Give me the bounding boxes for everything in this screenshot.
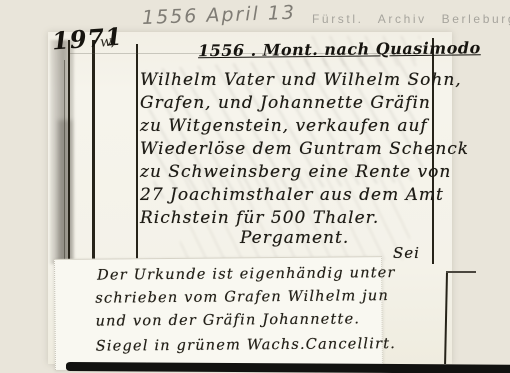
entry-heading: 1556 . Mont. nach Quasimodo <box>198 39 438 61</box>
entry-line: Wilhelm Vater und Wilhelm Sohn, <box>140 70 462 90</box>
archive-stamp: Fürstl. Archiv Berleburg <box>312 12 510 26</box>
entry-line: Richstein für 500 Thaler. <box>140 208 379 228</box>
entry-line: Wiederlöse dem Guntram Schenck <box>140 139 469 159</box>
entry-line: zu Witgenstein, verkaufen auf <box>140 116 428 136</box>
archival-photo: 1556 April 13 Fürstl. Archiv Berleburg 1… <box>0 0 510 373</box>
ledger-column-rule <box>92 40 95 264</box>
pencil-date-annotation: 1556 April 13 <box>142 1 313 29</box>
paper-corner-tick <box>446 271 476 273</box>
ledger-column-rule <box>68 40 70 264</box>
entry-line: zu Schweinsberg eine Rente von <box>140 162 451 182</box>
photo-bottom-edge-band <box>66 362 510 373</box>
material-note: Pergament. <box>240 228 349 248</box>
pasted-slip-note: Der Urkunde ist eigenhändig unter schrie… <box>54 256 383 370</box>
entry-line: 27 Joachimsthaler aus dem Amt <box>140 185 444 205</box>
slip-line: und von der Gräfin Johannette. <box>95 311 360 329</box>
ledger-text-left-rule <box>136 44 138 264</box>
margin-mark: Sei <box>393 244 420 262</box>
slip-line: schrieben vom Grafen Wilhelm jun <box>95 288 389 307</box>
entry-line: Grafen, und Johannette Gräfin <box>140 93 431 113</box>
slip-cancel-note: Cancellirt. <box>306 336 396 353</box>
slip-line: Der Urkunde ist eigenhändig unter <box>97 265 396 284</box>
ledger-column-rule-faint <box>64 60 65 260</box>
number-side-mark: w, <box>99 33 115 50</box>
slip-line: Siegel in grünem Wachs. <box>96 337 306 355</box>
